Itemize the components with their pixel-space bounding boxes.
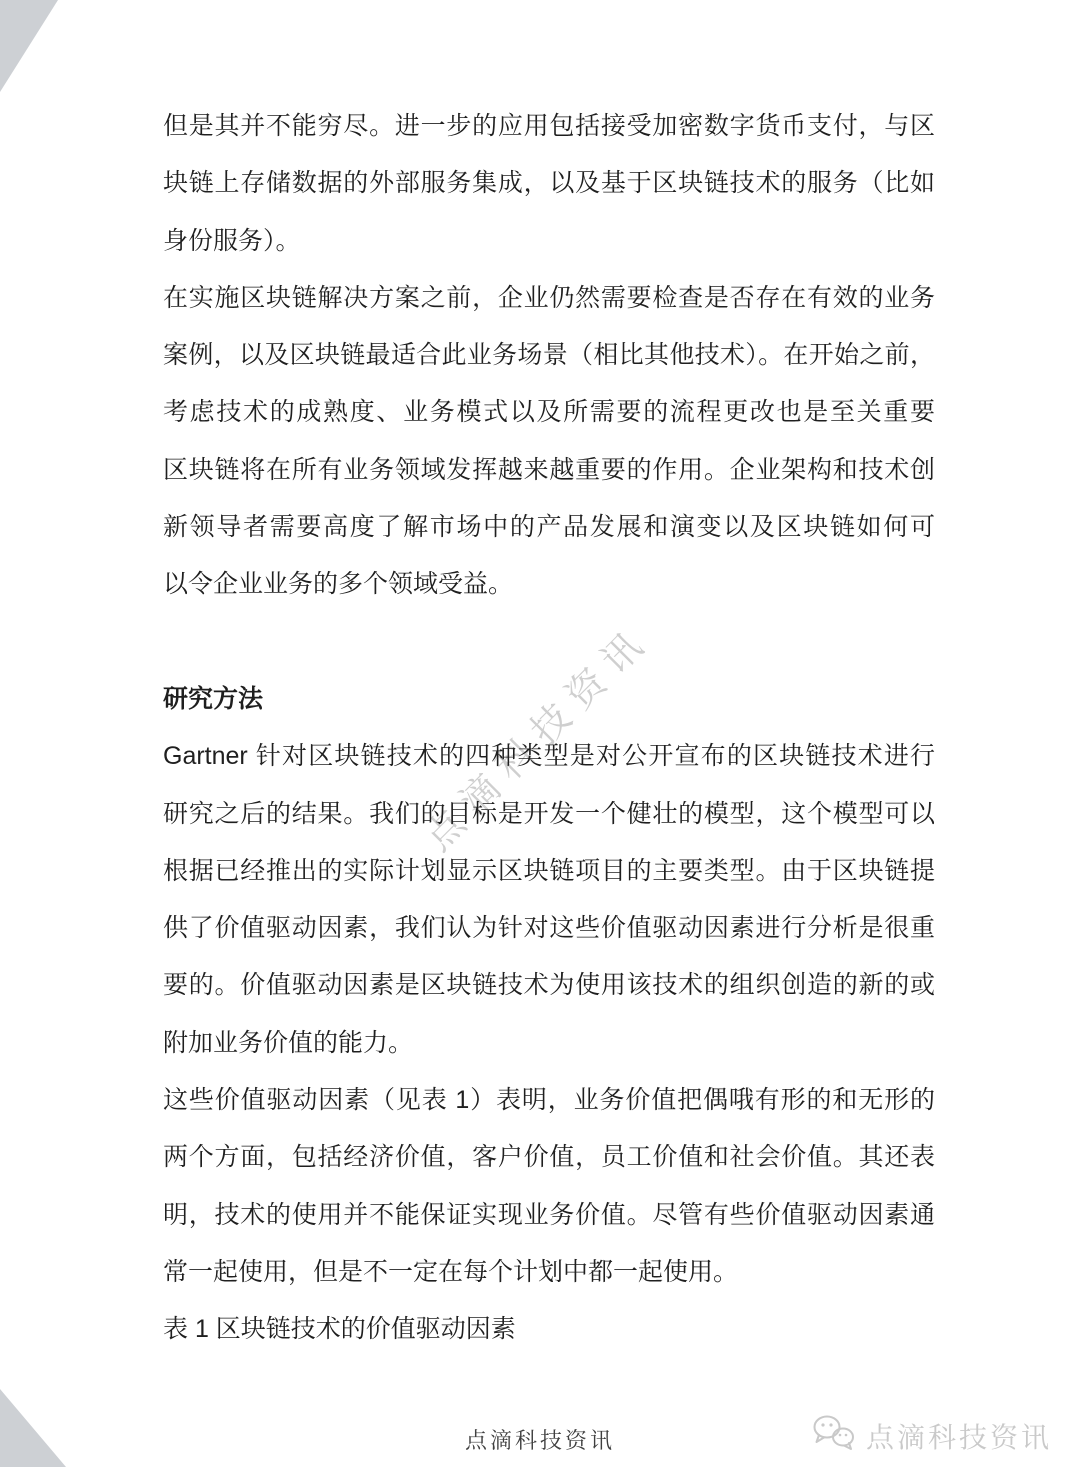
text-line: 新领导者需要高度了解市场中的产品发展和演变以及区块链如何可 — [163, 499, 935, 556]
footer-center-label: 点滴科技资讯 — [465, 1424, 615, 1455]
text-line: 根据已经推出的实际计划显示区块链项目的主要类型。由于区块链提 — [163, 843, 935, 900]
text-line: 要的。价值驱动因素是区块链技术为使用该技术的组织创造的新的或 — [163, 957, 935, 1014]
text-line: 常一起使用，但是不一定在每个计划中都一起使用。 — [163, 1244, 935, 1301]
text-line: 在实施区块链解决方案之前，企业仍然需要检查是否存在有效的业务 — [163, 270, 935, 327]
section-heading: 研究方法 — [163, 671, 935, 728]
text-line: Gartner 针对区块链技术的四种类型是对公开宣布的区块链技术进行 — [163, 728, 935, 785]
table-caption: 表 1 区块链技术的价值驱动因素 — [163, 1301, 935, 1358]
text-line: 案例，以及区块链最适合此业务场景（相比其他技术）。在开始之前， — [163, 327, 935, 384]
text-line: 两个方面，包括经济价值，客户价值，员工价值和社会价值。其还表 — [163, 1129, 935, 1186]
text-line: 明，技术的使用并不能保证实现业务价值。尽管有些价值驱动因素通 — [163, 1187, 935, 1244]
text-line: 身份服务）。 — [163, 213, 935, 270]
paragraph-gap — [163, 614, 935, 671]
brand-label: 点滴科技资讯 — [866, 1416, 1052, 1456]
text-line: 以令企业业务的多个领域受益。 — [163, 556, 935, 613]
corner-fold-top-left — [0, 0, 58, 92]
page: 点滴科技资讯 但是其并不能穷尽。进一步的应用包括接受加密数字货币支付，与区 块链… — [0, 0, 1080, 1467]
text-line: 供了价值驱动因素，我们认为针对这些价值驱动因素进行分析是很重 — [163, 900, 935, 957]
text-line: 附加业务价值的能力。 — [163, 1015, 935, 1072]
text-line: 考虑技术的成熟度、业务模式以及所需要的流程更改也是至关重要的。 — [163, 384, 935, 441]
text-line: 这些价值驱动因素（见表 1）表明，业务价值把偶哦有形的和无形的 — [163, 1072, 935, 1129]
document-body: 但是其并不能穷尽。进一步的应用包括接受加密数字货币支付，与区 块链上存储数据的外… — [163, 98, 935, 1359]
wechat-bubbles-icon — [810, 1412, 858, 1459]
text-line: 研究之后的结果。我们的目标是开发一个健壮的模型，这个模型可以 — [163, 786, 935, 843]
corner-fold-bottom-left — [0, 1389, 66, 1467]
text-line: 但是其并不能穷尽。进一步的应用包括接受加密数字货币支付，与区 — [163, 98, 935, 155]
text-line: 区块链将在所有业务领域发挥越来越重要的作用。企业架构和技术创 — [163, 442, 935, 499]
text-line: 块链上存储数据的外部服务集成，以及基于区块链技术的服务（比如 — [163, 155, 935, 212]
brand-logo: 点滴科技资讯 — [810, 1412, 1052, 1459]
